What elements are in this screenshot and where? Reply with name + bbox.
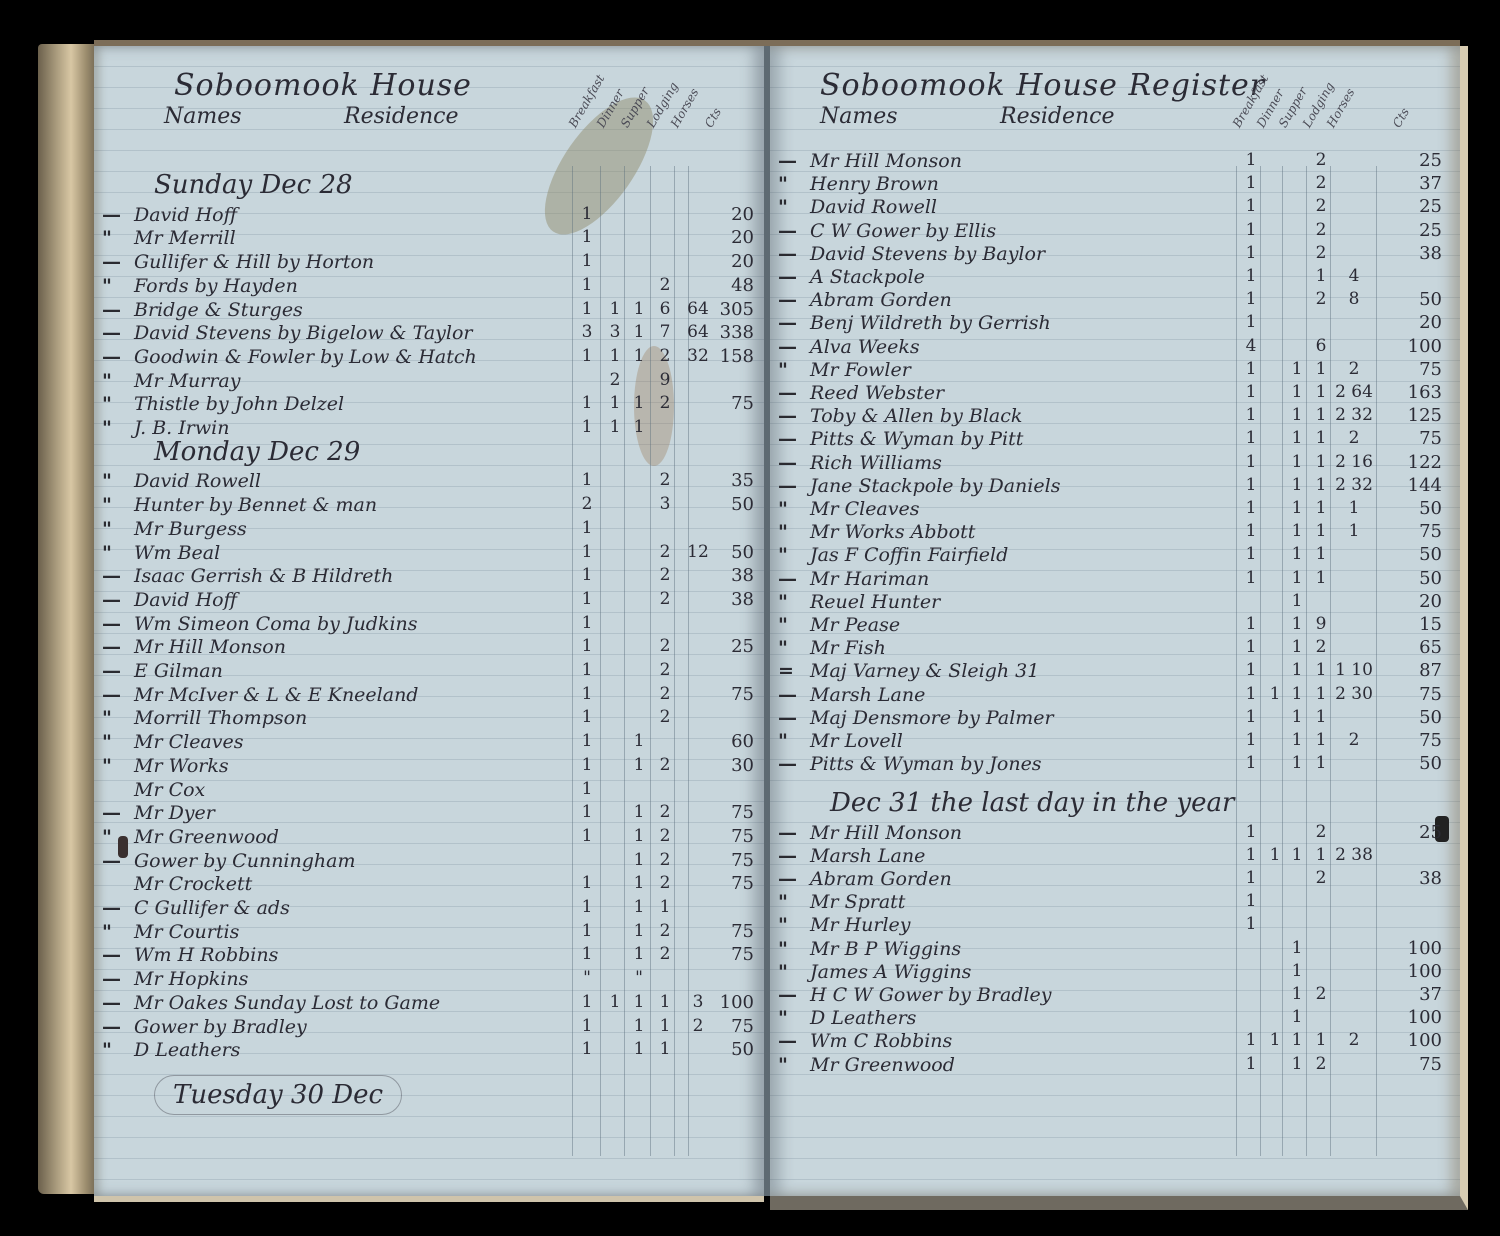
ledger-row: —Gower by Bradley111275: [94, 1016, 764, 1040]
tally-mark: ": [778, 730, 802, 752]
meal-count-cell: 6: [654, 299, 676, 319]
tally-mark: —: [778, 822, 802, 844]
tally-mark: ": [778, 521, 802, 543]
tally-mark: ": [778, 961, 802, 983]
tally-mark: ": [102, 707, 126, 729]
meal-count-cell: 1: [1240, 637, 1262, 657]
tally-mark: —: [778, 220, 802, 242]
meal-count-cell: 1: [604, 417, 626, 437]
amount-cents: 75: [694, 802, 754, 823]
meal-count-cell: 1: [1286, 591, 1308, 611]
meal-count-cell: 1: [654, 1039, 676, 1059]
meal-count-cell: 1: [604, 992, 626, 1012]
meal-count-cell: 1: [604, 346, 626, 366]
meal-count-cell: 4: [1334, 266, 1374, 286]
meal-count-cell: 1: [628, 417, 650, 437]
meal-count-cell: 1: [1286, 845, 1308, 865]
guest-name: Reed Webster: [810, 382, 944, 404]
ledger-row: —Mr Hariman11150: [770, 568, 1460, 592]
amount-cents: 50: [1382, 289, 1442, 310]
tally-mark: —: [102, 322, 126, 344]
meal-count-cell: 1: [1240, 498, 1262, 518]
meal-count-cell: 1: [576, 707, 598, 727]
meal-count-cell: 1: [628, 921, 650, 941]
meal-count-cell: 1: [576, 589, 598, 609]
ledger-row: —Mr Hill Monson1225: [770, 822, 1460, 846]
guest-name: Mr Hill Monson: [134, 636, 286, 658]
meal-count-cell: 2: [1310, 289, 1332, 309]
guest-name: Henry Brown: [810, 173, 939, 195]
tally-mark: —: [778, 266, 802, 288]
meal-count-cell: 1: [1240, 891, 1262, 911]
meal-count-cell: 2: [654, 393, 676, 413]
tally-mark: —: [778, 405, 802, 427]
ledger-row: —Abram Gorden12850: [770, 289, 1460, 313]
guest-name: C W Gower by Ellis: [810, 220, 996, 242]
meal-count-cell: 1: [1240, 312, 1262, 332]
amount-cents: 75: [694, 1016, 754, 1037]
meal-count-cell: 2: [654, 660, 676, 680]
meal-count-cell: 1: [628, 873, 650, 893]
meal-count-cell: 2: [654, 684, 676, 704]
meal-count-cell: 1: [1240, 196, 1262, 216]
tally-mark: ": [778, 1054, 802, 1076]
ledger-row: —David Hoff1238: [94, 589, 764, 613]
amount-cents: 100: [1382, 938, 1442, 959]
meal-count-cell: 1: [576, 779, 598, 799]
meal-count-cell: 2: [1310, 868, 1332, 888]
guest-name: Marsh Lane: [810, 684, 925, 706]
amount-cents: 75: [1382, 684, 1442, 705]
ledger-row: —Rich Williams1112 16122: [770, 452, 1460, 476]
meal-count-cell: 1: [1286, 428, 1308, 448]
ledger-row: "Mr Spratt1: [770, 891, 1460, 915]
tally-mark: —: [102, 992, 126, 1014]
meal-count-cell: 1: [628, 755, 650, 775]
guest-name: Mr Lovell: [810, 730, 903, 752]
tally-mark: —: [102, 968, 126, 990]
meal-count-cell: 1: [628, 944, 650, 964]
tally-mark: ": [102, 731, 126, 753]
meal-count-cell: 1: [1240, 150, 1262, 170]
guest-name: Maj Varney & Sleigh 31: [810, 660, 1039, 682]
meal-count-cell: 1: [1240, 243, 1262, 263]
meal-count-cell: 1: [1310, 475, 1332, 495]
guest-name: Mr Dyer: [134, 802, 215, 824]
meal-count-cell: 2: [1334, 359, 1374, 379]
meal-count-cell: 2: [654, 944, 676, 964]
meal-count-cell: 1: [1286, 544, 1308, 564]
meal-count-cell: 1: [576, 204, 598, 224]
meal-count-cell: 1: [1310, 266, 1332, 286]
tally-mark: —: [778, 452, 802, 474]
tally-mark: ": [778, 914, 802, 936]
ledger-row: —Wm Simeon Coma by Judkins1: [94, 613, 764, 637]
ledger-row: —Wm H Robbins11275: [94, 944, 764, 968]
guest-name: Benj Wildreth by Gerrish: [810, 312, 1051, 334]
ledger-row: "David Rowell1235: [94, 470, 764, 494]
tally-mark: ": [778, 637, 802, 659]
meal-count-cell: 1 10: [1334, 660, 1374, 680]
tally-mark: —: [778, 150, 802, 172]
footer-date-heading: Tuesday 30 Dec: [154, 1075, 402, 1115]
guest-name: Gower by Cunningham: [134, 850, 356, 872]
amount-cents: 158: [694, 346, 754, 367]
ledger-row: —C Gullifer & ads111: [94, 897, 764, 921]
tally-mark: —: [102, 660, 126, 682]
amount-cents: 75: [694, 873, 754, 894]
tally-mark: ": [102, 755, 126, 777]
ledger-row: —Bridge & Sturges111664305: [94, 299, 764, 323]
ledger-row: "Henry Brown1237: [770, 173, 1460, 197]
amount-cents: 75: [694, 850, 754, 871]
meal-count-cell: 1: [576, 518, 598, 538]
ledger-row: =Maj Varney & Sleigh 311111 1087: [770, 660, 1460, 684]
meal-count-cell: 2: [1310, 822, 1332, 842]
meal-count-cell: 1: [1310, 359, 1332, 379]
meal-count-cell: 2: [654, 921, 676, 941]
meal-count-cell: 2: [1334, 1030, 1374, 1050]
ledger-row: "D Leathers1100: [770, 1007, 1460, 1031]
amount-cents: 100: [1382, 1007, 1442, 1028]
amount-cents: 87: [1382, 660, 1442, 681]
meal-count-cell: 1: [1310, 428, 1332, 448]
meal-count-cell: 1: [1240, 868, 1262, 888]
tally-mark: ": [102, 275, 126, 297]
amount-cents: 75: [694, 944, 754, 965]
amount-cents: 50: [694, 1039, 754, 1060]
meal-count-cell: 2: [654, 707, 676, 727]
meal-count-cell: 1: [1286, 1007, 1308, 1027]
open-ledger-book: Soboomook House Names Residence Breakfas…: [38, 40, 1480, 1200]
meal-count-cell: 1: [1334, 521, 1374, 541]
meal-count-cell: 1: [1286, 938, 1308, 958]
meal-count-cell: 1: [1310, 753, 1332, 773]
guest-name: Mr Oakes Sunday Lost to Game: [134, 992, 440, 1014]
meal-count-cell: 1: [1286, 498, 1308, 518]
meal-count-cell: 1: [576, 299, 598, 319]
meal-count-cell: 1: [1240, 822, 1262, 842]
ledger-row: "Mr Fish11265: [770, 637, 1460, 661]
meal-count-cell: 3: [654, 494, 676, 514]
amount-cents: 125: [1382, 405, 1442, 426]
meal-count-cell: 1: [576, 684, 598, 704]
amount-cents: 50: [1382, 707, 1442, 728]
guest-name: Hunter by Bennet & man: [134, 494, 377, 516]
guest-name: Pitts & Wyman by Jones: [810, 753, 1042, 775]
tally-mark: ": [778, 173, 802, 195]
meal-count-cell: 1: [628, 322, 650, 342]
meal-count-cell: 1: [576, 393, 598, 413]
tally-mark: —: [102, 802, 126, 824]
amount-cents: 144: [1382, 475, 1442, 496]
meal-count-cell: 1: [576, 1016, 598, 1036]
meal-count-cell: 1: [576, 660, 598, 680]
meal-count-cell: 1: [1240, 707, 1262, 727]
meal-count-cell: 2: [654, 542, 676, 562]
guest-name: Marsh Lane: [810, 845, 925, 867]
ledger-row: "D Leathers11150: [94, 1039, 764, 1063]
guest-name: Jas F Coffin Fairfield: [810, 544, 1008, 566]
guest-name: Mr Courtis: [134, 921, 239, 943]
amount-cents: 163: [1382, 382, 1442, 403]
meal-count-cell: 1: [654, 1016, 676, 1036]
meal-count-cell: 1: [1286, 707, 1308, 727]
meal-count-cell: 2: [1310, 243, 1332, 263]
amount-cents: 20: [1382, 591, 1442, 612]
tally-mark: —: [102, 346, 126, 368]
meal-count-cell: 1: [1264, 684, 1286, 704]
meal-count-cell: 6: [1310, 336, 1332, 356]
meal-count-cell: 2: [654, 470, 676, 490]
meal-count-cell: 1: [654, 897, 676, 917]
tally-mark: —: [778, 475, 802, 497]
meal-count-cell: 1: [1240, 568, 1262, 588]
guest-name: Mr Spratt: [810, 891, 905, 913]
meal-count-cell: ": [576, 968, 598, 988]
tally-mark: ": [778, 498, 802, 520]
tally-mark: ": [778, 359, 802, 381]
tally-mark: —: [102, 204, 126, 226]
page-title: Soboomook House: [174, 68, 472, 103]
guest-name: Mr Greenwood: [134, 826, 279, 848]
guest-name: Wm H Robbins: [134, 944, 278, 966]
guest-name: Goodwin & Fowler by Low & Hatch: [134, 346, 477, 368]
amount-cents: 20: [694, 227, 754, 248]
guest-name: Bridge & Sturges: [134, 299, 303, 321]
tally-mark: ": [102, 494, 126, 516]
meal-count-cell: 1: [1286, 730, 1308, 750]
amount-cents: 65: [1382, 637, 1442, 658]
ledger-row: —Marsh Lane11112 3075: [770, 684, 1460, 708]
meal-count-cell: 2: [576, 494, 598, 514]
ledger-row: —Marsh Lane11112 38: [770, 845, 1460, 869]
ledger-row: "Mr Lovell111275: [770, 730, 1460, 754]
ledger-row: —Mr Dyer11275: [94, 802, 764, 826]
ledger-row: —Mr Oakes Sunday Lost to Game11113100: [94, 992, 764, 1016]
amount-cents: 25: [694, 636, 754, 657]
ledger-row: —Benj Wildreth by Gerrish120: [770, 312, 1460, 336]
tally-mark: ": [102, 470, 126, 492]
meal-count-cell: 1: [1286, 984, 1308, 1004]
tally-mark: ": [778, 891, 802, 913]
meal-count-cell: 1: [1240, 266, 1262, 286]
amount-cents: 50: [1382, 498, 1442, 519]
meal-count-cell: 1: [576, 470, 598, 490]
ledger-row: —David Stevens by Bigelow & Taylor331764…: [94, 322, 764, 346]
meal-count-cell: 2: [654, 755, 676, 775]
tally-mark: ": [102, 227, 126, 249]
meal-count-cell: 1: [576, 992, 598, 1012]
meal-count-cell: 1: [654, 992, 676, 1012]
meal-count-cell: 9: [1310, 614, 1332, 634]
guest-name: Abram Gorden: [810, 289, 952, 311]
meal-count-cell: 1: [1240, 845, 1262, 865]
tally-mark: —: [102, 251, 126, 273]
meal-count-cell: 2: [654, 636, 676, 656]
meal-count-cell: 2: [604, 370, 626, 390]
tally-mark: ": [102, 393, 126, 415]
ledger-row: "Mr Murray29: [94, 370, 764, 394]
guest-name: Wm Beal: [134, 542, 220, 564]
amount-cents: 25: [1382, 220, 1442, 241]
ledger-row: "Mr Cleaves111150: [770, 498, 1460, 522]
ledger-row: —Reed Webster1112 64163: [770, 382, 1460, 406]
guest-name: Toby & Allen by Black: [810, 405, 1022, 427]
guest-name: H C W Gower by Bradley: [810, 984, 1052, 1006]
ledger-row: "Mr Works11230: [94, 755, 764, 779]
meal-count-cell: 1: [1310, 568, 1332, 588]
ledger-row: "Jas F Coffin Fairfield11150: [770, 544, 1460, 568]
amount-cents: 30: [694, 755, 754, 776]
ledger-row: "Morrill Thompson12: [94, 707, 764, 731]
meal-count-cell: 1: [1286, 475, 1308, 495]
meal-count-cell: 1: [1310, 707, 1332, 727]
meal-count-cell: 3: [604, 322, 626, 342]
tally-mark: ": [102, 1039, 126, 1061]
meal-count-cell: 1: [1240, 544, 1262, 564]
meal-count-cell: 1: [628, 826, 650, 846]
amount-cents: 75: [1382, 521, 1442, 542]
amount-cents: 20: [694, 204, 754, 225]
guest-name: James A Wiggins: [810, 961, 971, 983]
amount-cents: 48: [694, 275, 754, 296]
ledger-row: "Mr Fowler111275: [770, 359, 1460, 383]
ledger-row: —Mr Hill Monson1225: [770, 150, 1460, 174]
ledger-row: "David Rowell1225: [770, 196, 1460, 220]
amount-cents: 38: [1382, 243, 1442, 264]
meal-count-cell: 1: [628, 299, 650, 319]
meal-count-cell: 2: [654, 826, 676, 846]
guest-name: Jane Stackpole by Daniels: [810, 475, 1060, 497]
amount-cents: 75: [1382, 730, 1442, 751]
guest-name: Isaac Gerrish & B Hildreth: [134, 565, 393, 587]
meal-count-cell: 1: [576, 227, 598, 247]
meal-count-cell: 1: [1240, 173, 1262, 193]
meal-count-cell: 1: [1240, 359, 1262, 379]
meal-count-cell: 1: [1286, 1030, 1308, 1050]
meal-count-cell: 2: [654, 346, 676, 366]
meal-count-cell: 1: [1240, 475, 1262, 495]
meal-count-cell: 2: [1310, 1054, 1332, 1074]
ledger-row: —Isaac Gerrish & B Hildreth1238: [94, 565, 764, 589]
ledger-row: —Alva Weeks46100: [770, 336, 1460, 360]
guest-name: Pitts & Wyman by Pitt: [810, 428, 1023, 450]
ledger-row: "Mr Merrill120: [94, 227, 764, 251]
tally-mark: —: [102, 565, 126, 587]
amount-cents: 75: [1382, 359, 1442, 380]
amount-cents: 50: [1382, 753, 1442, 774]
names-header: Names: [820, 104, 898, 129]
ledger-row: "Mr Courtis11275: [94, 921, 764, 945]
ledger-row: "Hunter by Bennet & man2350: [94, 494, 764, 518]
tally-mark: —: [102, 897, 126, 919]
amount-cents: 100: [694, 992, 754, 1013]
amount-cents: 25: [1382, 822, 1442, 843]
guest-name: Mr Crockett: [134, 873, 252, 895]
tally-mark: —: [102, 613, 126, 635]
amount-cents: 37: [1382, 984, 1442, 1005]
amount-cents: 38: [694, 565, 754, 586]
meal-count-cell: 1: [576, 542, 598, 562]
meal-count-cell: 2: [654, 589, 676, 609]
ledger-row: "Mr Pease11915: [770, 614, 1460, 638]
page-title: Soboomook House Register: [820, 68, 1265, 103]
meal-count-cell: 1: [1310, 498, 1332, 518]
guest-name: Mr Merrill: [134, 227, 236, 249]
meal-count-cell: 1: [1264, 1030, 1286, 1050]
tally-mark: —: [778, 428, 802, 450]
ledger-row: —Jane Stackpole by Daniels1112 32144: [770, 475, 1460, 499]
tally-mark: ": [102, 370, 126, 392]
meal-count-cell: 1: [1264, 845, 1286, 865]
tally-mark: —: [778, 568, 802, 590]
meal-count-cell: 1: [1240, 684, 1262, 704]
names-header: Names: [164, 104, 242, 129]
meal-count-cell: 1: [576, 1039, 598, 1059]
amount-cents: 338: [694, 322, 754, 343]
meal-count-cell: 2: [654, 565, 676, 585]
guest-name: Wm C Robbins: [810, 1030, 952, 1052]
meal-count-cell: 1: [1240, 521, 1262, 541]
meal-count-cell: 2 16: [1334, 452, 1374, 472]
meal-count-cell: 2 30: [1334, 684, 1374, 704]
guest-name: Mr Murray: [134, 370, 241, 392]
ledger-row: "Thistle by John Delzel111275: [94, 393, 764, 417]
tally-mark: —: [102, 636, 126, 658]
guest-name: A Stackpole: [810, 266, 925, 288]
meal-count-cell: 1: [1240, 452, 1262, 472]
meal-count-cell: 1: [1240, 753, 1262, 773]
meal-count-cell: 2 32: [1334, 475, 1374, 495]
guest-name: Mr Cleaves: [134, 731, 244, 753]
meal-count-cell: 2: [1310, 150, 1332, 170]
guest-name: E Gilman: [134, 660, 223, 682]
ledger-row: "James A Wiggins1100: [770, 961, 1460, 985]
guest-name: David Hoff: [134, 589, 237, 611]
meal-count-cell: 2: [654, 275, 676, 295]
tally-mark: ": [778, 196, 802, 218]
meal-count-cell: 1: [1286, 359, 1308, 379]
meal-count-cell: 1: [604, 393, 626, 413]
meal-count-cell: 1: [1310, 730, 1332, 750]
meal-count-cell: 2: [1310, 984, 1332, 1004]
meal-count-cell: 1: [576, 826, 598, 846]
guest-name: C Gullifer & ads: [134, 897, 290, 919]
date-heading: Monday Dec 29: [154, 437, 360, 467]
meal-count-cell: 1: [1310, 382, 1332, 402]
column-header: Cts: [702, 106, 724, 130]
ledger-row: "Mr Greenwood11275: [94, 826, 764, 850]
tally-mark: —: [102, 850, 126, 872]
meal-count-cell: 1: [628, 346, 650, 366]
guest-name: Mr Hopkins: [134, 968, 248, 990]
ledger-row: —Mr McIver & L & E Kneeland1275: [94, 684, 764, 708]
meal-count-cell: 1: [576, 873, 598, 893]
meal-count-cell: 1: [1286, 961, 1308, 981]
guest-name: David Rowell: [810, 196, 937, 218]
tally-mark: —: [778, 753, 802, 775]
amount-cents: 20: [694, 251, 754, 272]
meal-count-cell: 1: [1240, 405, 1262, 425]
meal-count-cell: 1: [576, 565, 598, 585]
meal-count-cell: 2: [1334, 730, 1374, 750]
amount-cents: 38: [1382, 868, 1442, 889]
left-page: Soboomook House Names Residence Breakfas…: [94, 46, 764, 1202]
amount-cents: 100: [1382, 336, 1442, 357]
ledger-row: "Mr Burgess1: [94, 518, 764, 542]
ledger-row: —David Hoff120: [94, 204, 764, 228]
